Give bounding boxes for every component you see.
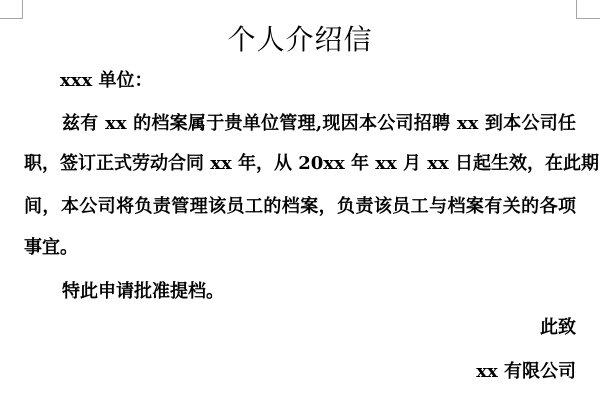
page-margin-corner-top-right <box>576 0 600 19</box>
body-paragraph-line-4: 事宜。 <box>24 234 576 262</box>
signature-company: xx 有限公司 <box>476 358 576 386</box>
body-paragraph-line-3: 间，本公司将负责管理该员工的档案，负责该员工与档案有关的各项 <box>24 193 576 221</box>
body-paragraph-line-1: 兹有 xx 的档案属于贵单位管理,现因本公司招聘 xx 到本公司任 <box>62 110 576 138</box>
salutation: xxx 单位： <box>60 66 152 96</box>
document-title: 个人介绍信 <box>0 20 600 60</box>
body-paragraph-line-2: 职，签订正式劳动合同 xx 年，从 20xx 年 xx 月 xx 日起生效，在此… <box>24 150 576 178</box>
page-margin-corner-top-left <box>0 0 23 19</box>
closing-phrase: 此致 <box>540 314 576 342</box>
request-paragraph: 特此申请批准提档。 <box>62 278 224 306</box>
